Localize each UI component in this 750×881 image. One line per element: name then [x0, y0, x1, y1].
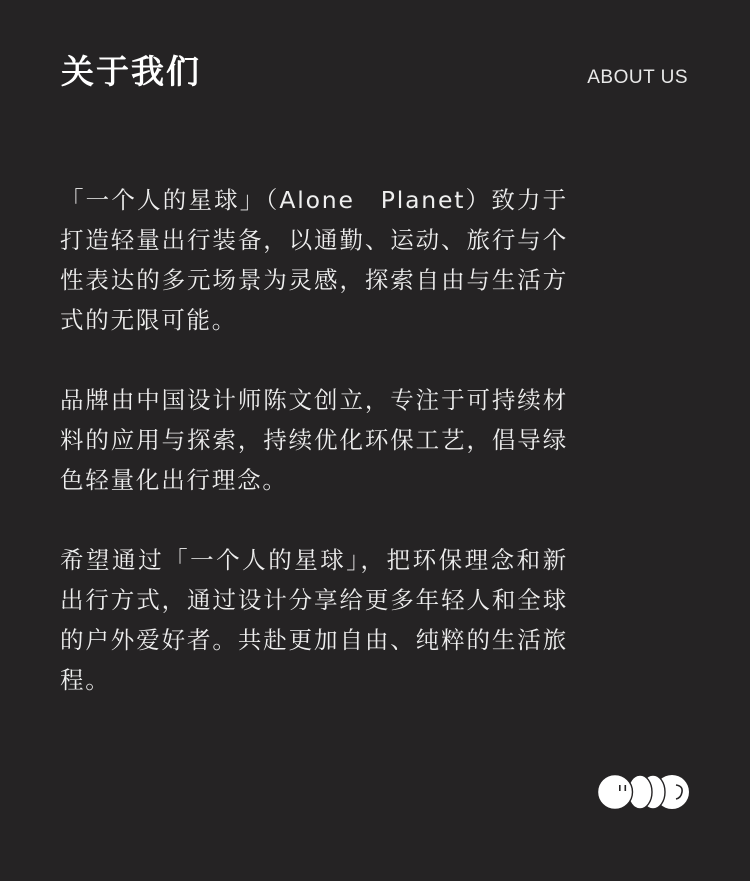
- about-content: 「一个人的星球」（Alone Planet）致力于打造轻量出行装备，以通勤、运动…: [60, 180, 568, 740]
- one-logo-icon: [596, 774, 690, 810]
- paragraph-founder: 品牌由中国设计师陈文创立，专注于可持续材料的应用与探索，持续优化环保工艺，倡导绿…: [60, 380, 568, 500]
- page-subtitle: ABOUT US: [587, 66, 688, 90]
- paragraph-mission: 希望通过「一个人的星球」，把环保理念和新出行方式，通过设计分享给更多年轻人和全球…: [60, 540, 568, 700]
- paragraph-intro: 「一个人的星球」（Alone Planet）致力于打造轻量出行装备，以通勤、运动…: [60, 180, 568, 340]
- one-logo: [596, 774, 690, 810]
- page-title: 关于我们: [61, 50, 201, 94]
